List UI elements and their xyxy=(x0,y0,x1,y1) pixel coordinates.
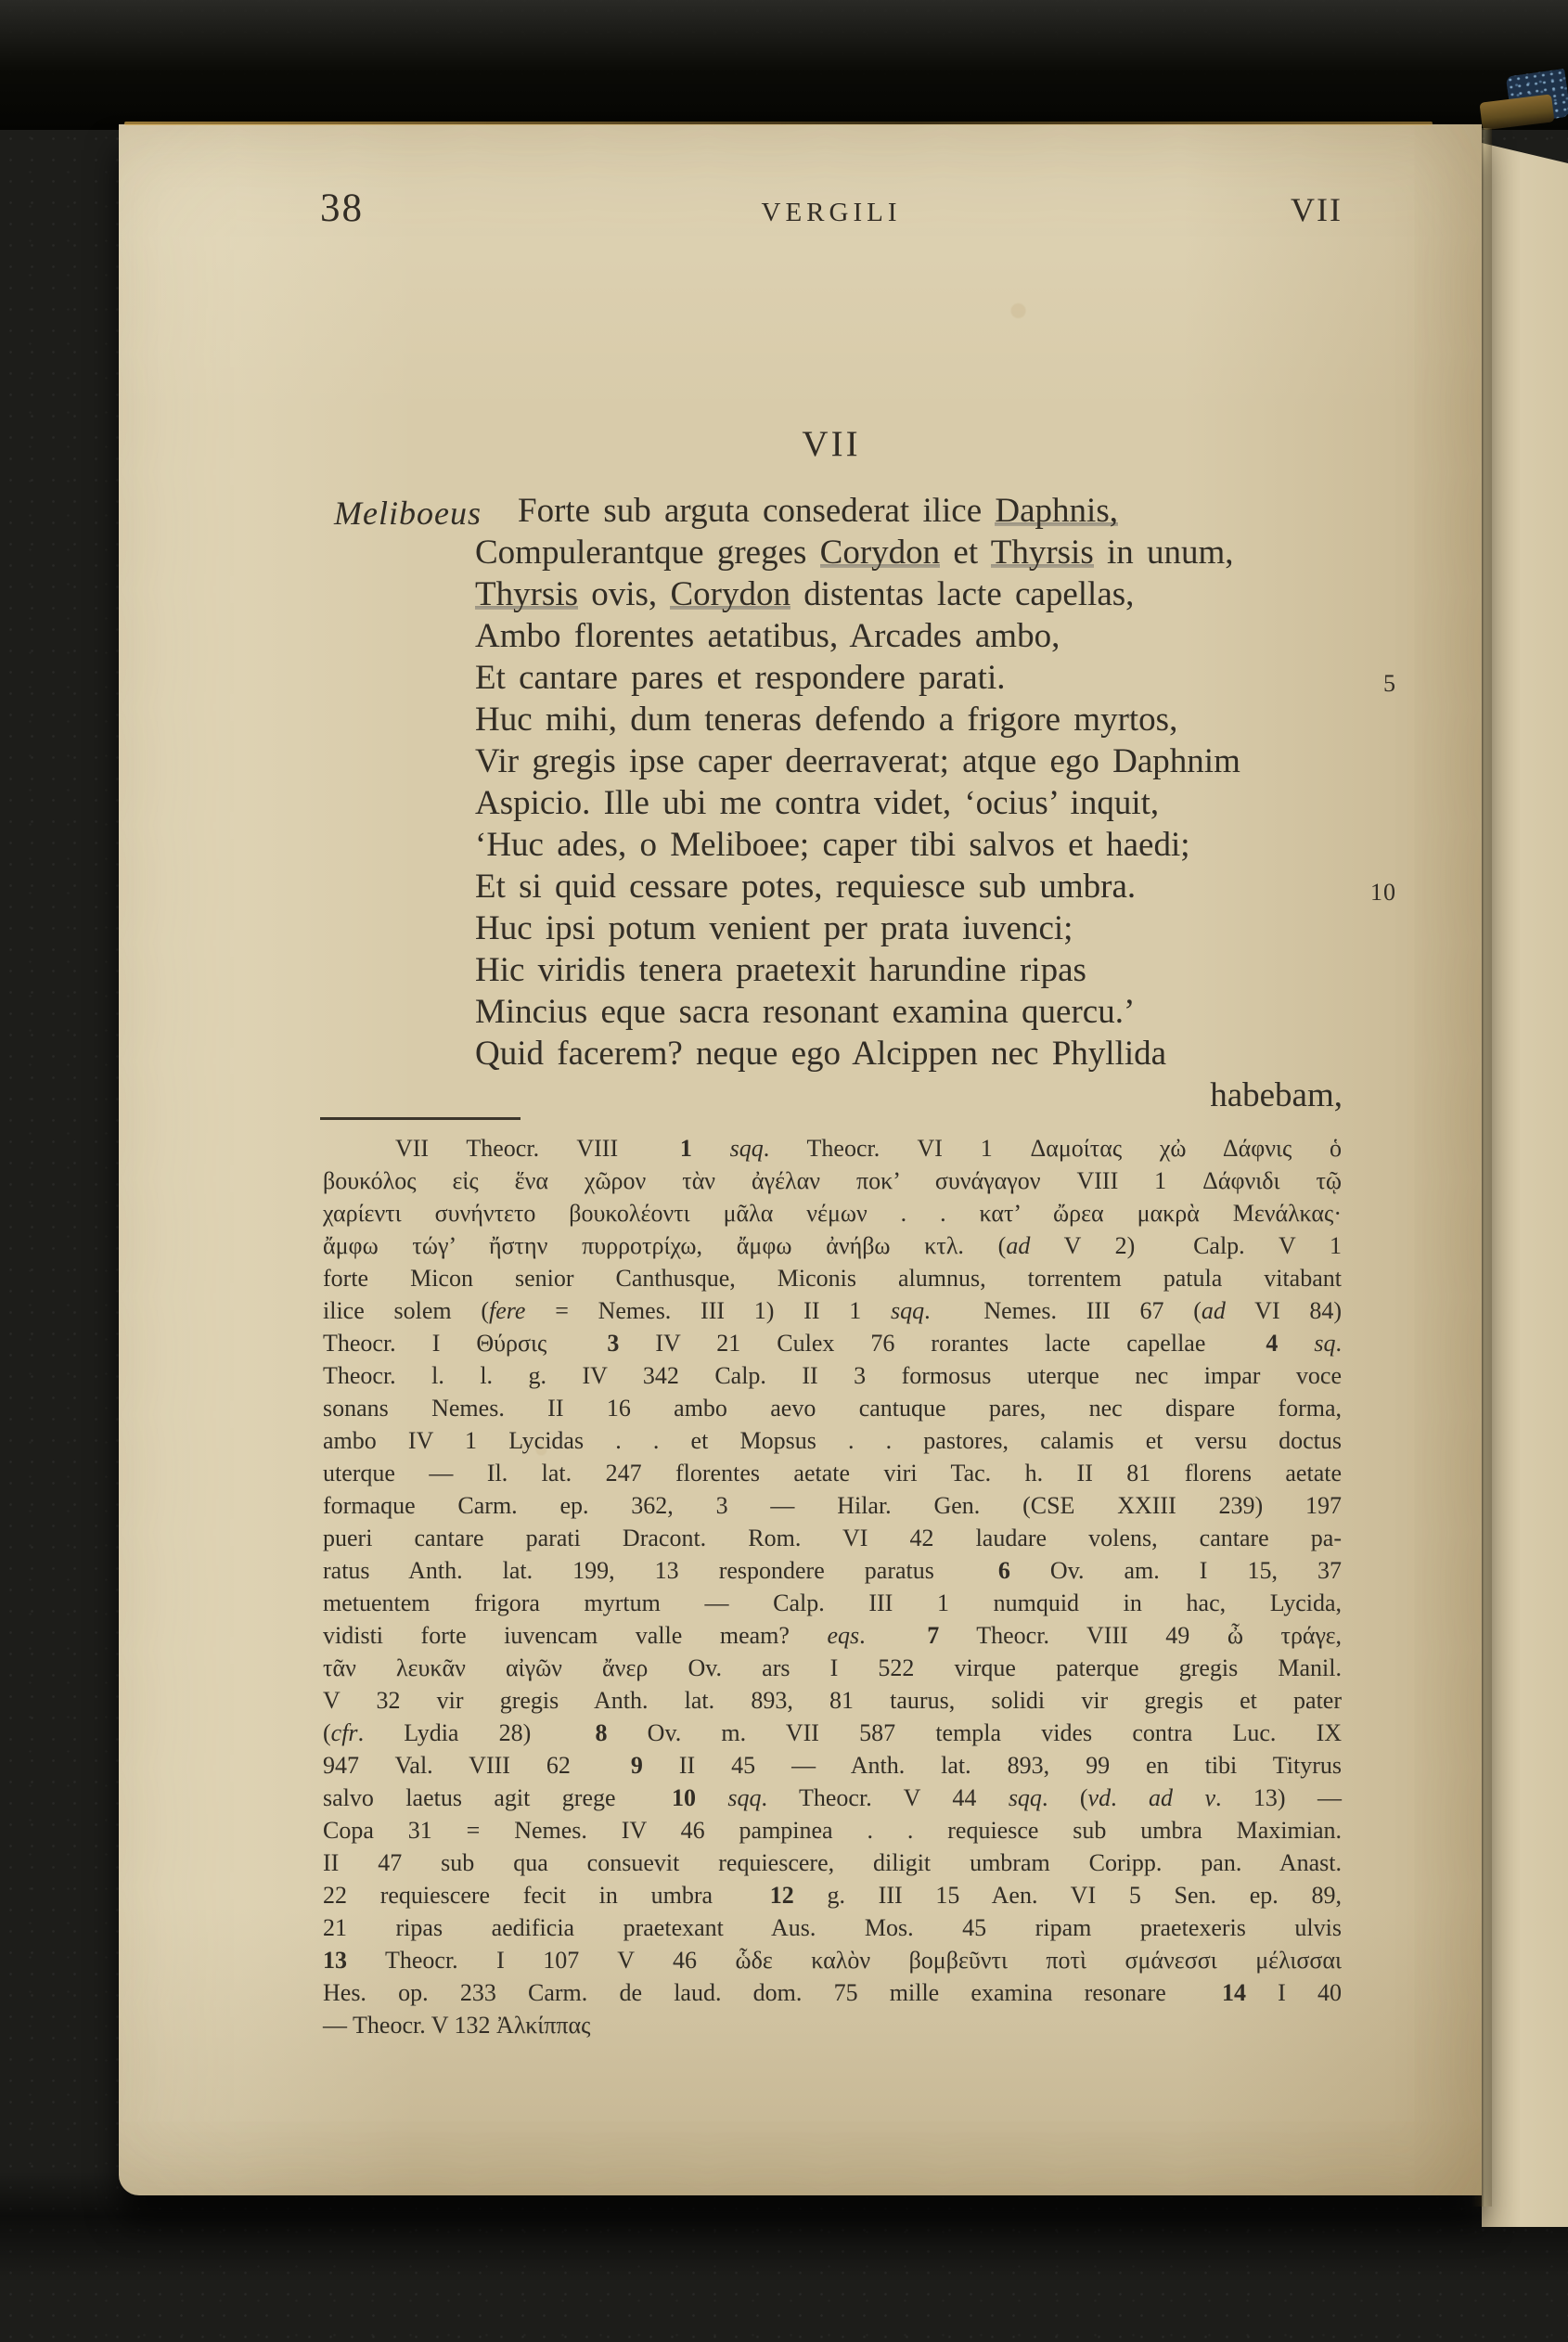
text-segment xyxy=(696,1784,727,1811)
apparatus-block: VII Theocr. VIII 1 sqq. Theocr. VI 1 Δαμ… xyxy=(323,1132,1342,2041)
text-segment: Et si quid cessare potes, requiesce sub … xyxy=(475,868,1136,906)
speaker-label: Meliboeus xyxy=(334,494,482,533)
apparatus-line: 21 ripas aedificia praetexant Aus. Mos. … xyxy=(323,1911,1342,1944)
lemma-number: 9 xyxy=(631,1752,643,1779)
text-segment: — Theocr. V 132 Ἀλκίππας xyxy=(323,2012,590,2039)
apparatus-line: βουκόλος εἰς ἕνα χῶρον τὰν ἀγέλαν ποκ’ σ… xyxy=(323,1165,1342,1197)
text-segment: Copa 31 = Nemes. IV 46 pampinea . . requ… xyxy=(323,1817,1342,1844)
apparatus-line: Theocr. I Θύρσις 3 IV 21 Culex 76 rorant… xyxy=(323,1327,1342,1359)
text-segment: ( xyxy=(323,1719,331,1746)
text-segment: . xyxy=(924,1297,931,1324)
verse-line: habebam, xyxy=(475,1074,1343,1116)
text-segment: forte Micon senior Canthusque, Miconis a… xyxy=(323,1265,1342,1292)
apparatus-line: ilice solem (fere = Nemes. III 1) II 1 s… xyxy=(323,1294,1342,1327)
text-segment xyxy=(692,1135,730,1162)
text-segment: IV 21 Culex 76 rorantes lacte capellae xyxy=(619,1330,1205,1357)
text-segment: Huc mihi, dum teneras defendo a frigore … xyxy=(475,701,1177,739)
apparatus-line: uterque — Il. lat. 247 florentes aetate … xyxy=(323,1457,1342,1489)
verse-line: Mincius eque sacra resonant examina quer… xyxy=(475,991,1343,1033)
text-segment: ovis, xyxy=(578,575,670,613)
verse-line-number: 10 xyxy=(1370,871,1396,913)
facing-page-edge xyxy=(1482,135,1568,2227)
text-segment: sqq xyxy=(727,1784,761,1811)
footnote-rule xyxy=(320,1117,521,1120)
text-segment xyxy=(1190,1979,1222,2006)
text-segment: eqs xyxy=(827,1622,859,1649)
verse-line: Forte sub arguta consederat ilice Daphni… xyxy=(475,490,1343,532)
apparatus-line: forte Micon senior Canthusque, Miconis a… xyxy=(323,1262,1342,1294)
text-segment: formaque Carm. ep. 362, 3 — Hilar. Gen. … xyxy=(323,1492,1342,1519)
text-segment: Compulerantque greges xyxy=(475,534,820,572)
apparatus-line: salvo laetus agit grege 10 sqq. Theocr. … xyxy=(323,1782,1342,1814)
verse-line: Ambo florentes aetatibus, Arcades ambo, xyxy=(475,615,1343,657)
text-segment: sqq xyxy=(1009,1784,1042,1811)
text-segment: in unum, xyxy=(1094,534,1234,572)
text-segment: 21 ripas aedificia praetexant Aus. Mos. … xyxy=(323,1914,1342,1941)
verse-line: Vir gregis ipse caper deerraverat; atque… xyxy=(475,740,1343,782)
text-segment: sq xyxy=(1314,1330,1335,1357)
text-segment: Huc ipsi potum venient per prata iuvenci… xyxy=(475,909,1073,947)
text-segment: . xyxy=(859,1622,866,1649)
apparatus-line: 947 Val. VIII 62 9 II 45 — Anth. lat. 89… xyxy=(323,1749,1342,1782)
lemma-number: 8 xyxy=(595,1719,607,1746)
apparatus-line: 13 Theocr. I 107 V 46 ὧδε καλὸν βομβεῦντ… xyxy=(323,1944,1342,1976)
lemma-number: 4 xyxy=(1266,1330,1278,1357)
text-segment: uterque — Il. lat. 247 florentes aetate … xyxy=(323,1460,1342,1486)
apparatus-line: τᾶν λευκᾶν αἰγῶν ἄνερ Ov. ars I 522 virq… xyxy=(323,1652,1342,1684)
text-segment: Quid facerem? neque ego Alcippen nec Phy… xyxy=(475,1035,1166,1073)
apparatus-line: Copa 31 = Nemes. IV 46 pampinea . . requ… xyxy=(323,1814,1342,1847)
text-segment: 947 Val. VIII 62 xyxy=(323,1752,571,1779)
apparatus-line: formaque Carm. ep. 362, 3 — Hilar. Gen. … xyxy=(323,1489,1342,1522)
apparatus-line: χαρίεντι συνήντετο βουκολέοντι μᾶλα νέμω… xyxy=(323,1197,1342,1229)
text-segment: . Theocr. VI 1 Δαμοίτας χὠ Δάφνις ὁ xyxy=(764,1135,1342,1162)
verse-line-number: 5 xyxy=(1383,663,1396,704)
verse-line: Hic viridis tenera praetexit harundine r… xyxy=(475,949,1343,991)
text-segment: Calp. V 1 xyxy=(1159,1232,1342,1259)
lemma-number: 14 xyxy=(1222,1979,1246,2006)
text-segment: vd xyxy=(1088,1784,1112,1811)
text-segment: Ambo florentes aetatibus, Arcades ambo, xyxy=(475,617,1060,655)
text-segment: sqq xyxy=(730,1135,764,1162)
text-segment: Vir gregis ipse caper deerraverat; atque… xyxy=(475,742,1240,780)
text-segment: Ov. am. I 15, 37 xyxy=(1010,1557,1342,1584)
verse-block: Forte sub arguta consederat ilice Daphni… xyxy=(475,490,1343,1116)
text-segment: sonans Nemes. II 16 ambo aevo cantuque p… xyxy=(323,1395,1342,1422)
text-segment xyxy=(958,1557,998,1584)
text-segment: pueri cantare parati Dracont. Rom. VI 42… xyxy=(323,1525,1342,1551)
apparatus-line: — Theocr. V 132 Ἀλκίππας xyxy=(323,2009,1342,2041)
text-segment: ad xyxy=(1202,1297,1226,1324)
text-segment: II 47 sub qua consuevit requiescere, dil… xyxy=(323,1849,1342,1876)
text-segment xyxy=(555,1719,595,1746)
text-segment: = Nemes. III 1) II 1 xyxy=(525,1297,891,1324)
text-segment: VI 84) xyxy=(1226,1297,1342,1324)
text-segment: τᾶν λευκᾶν αἰγῶν ἄνερ Ov. ars I 522 virq… xyxy=(323,1654,1342,1681)
apparatus-line: ἄμφω τώγ’ ἤστην πυρροτρίχω, ἄμφω ἀνήβω κ… xyxy=(323,1229,1342,1262)
lemma-number: 1 xyxy=(680,1135,692,1162)
text-segment: VII Theocr. VIII xyxy=(395,1135,618,1162)
text-segment: 22 requiescere fecit in umbra xyxy=(323,1882,713,1909)
text-segment: ambo IV 1 Lycidas . . et Mopsus . . past… xyxy=(323,1427,1342,1454)
apparatus-line: sonans Nemes. II 16 ambo aevo cantuque p… xyxy=(323,1392,1342,1424)
text-segment: Forte sub arguta consederat ilice xyxy=(518,492,995,530)
verse-line: ‘Huc ades, o Meliboee; caper tibi salvos… xyxy=(475,824,1343,866)
running-title: VERGILI xyxy=(661,198,1001,228)
text-segment xyxy=(595,1752,631,1779)
apparatus-line: Hes. op. 233 Carm. de laud. dom. 75 mill… xyxy=(323,1976,1342,2009)
text-segment: . xyxy=(1111,1784,1149,1811)
verse-line: Aspicio. Ille ubi me contra videt, ‘ociu… xyxy=(475,782,1343,824)
text-segment: II 45 — Anth. lat. 893, 99 en tibi Tityr… xyxy=(643,1752,1342,1779)
text-segment: V 2) xyxy=(1030,1232,1135,1259)
text-segment: Theocr. I Θύρσις xyxy=(323,1330,546,1357)
text-segment: Theocr. l. l. g. IV 342 Calp. II 3 formo… xyxy=(323,1362,1342,1389)
text-segment: distentas lacte capellas, xyxy=(790,575,1134,613)
text-segment: g. III 15 Aen. VI 5 Sen. ep. 89, xyxy=(794,1882,1342,1909)
text-segment: Aspicio. Ille ubi me contra videt, ‘ociu… xyxy=(475,784,1159,822)
text-segment: Hic viridis tenera praetexit harundine r… xyxy=(475,951,1086,989)
text-segment: ἄμφω τώγ’ ἤστην πυρροτρίχω, ἄμφω ἀνήβω κ… xyxy=(323,1232,1006,1259)
lemma-number: 6 xyxy=(998,1557,1010,1584)
apparatus-line: (cfr. Lydia 28) 8 Ov. m. VII 587 templa … xyxy=(323,1717,1342,1749)
text-segment: et xyxy=(940,534,991,572)
text-segment: fere xyxy=(489,1297,525,1324)
pencil-underlined-word: Corydon xyxy=(670,575,790,614)
text-segment: ad xyxy=(1006,1232,1030,1259)
pencil-underlined-word: Thyrsis xyxy=(475,575,578,614)
pencil-underlined-word: Corydon xyxy=(820,534,941,573)
text-segment: V 32 vir gregis Anth. lat. 893, 81 tauru… xyxy=(323,1687,1342,1714)
lemma-number: 3 xyxy=(607,1330,619,1357)
apparatus-line: VII Theocr. VIII 1 sqq. Theocr. VI 1 Δαμ… xyxy=(323,1132,1342,1165)
text-segment: Nemes. III 67 ( xyxy=(955,1297,1202,1324)
lemma-number: 10 xyxy=(672,1784,696,1811)
text-segment: habebam, xyxy=(1210,1076,1343,1114)
verse-line: Quid facerem? neque ego Alcippen nec Phy… xyxy=(475,1033,1343,1074)
text-segment: cfr xyxy=(331,1719,358,1746)
text-segment xyxy=(571,1330,607,1357)
text-segment: Hes. op. 233 Carm. de laud. dom. 75 mill… xyxy=(323,1979,1166,2006)
apparatus-line: metuentem frigora myrtum — Calp. III 1 n… xyxy=(323,1587,1342,1619)
text-segment xyxy=(1278,1330,1314,1357)
verse-line: Compulerantque greges Corydon et Thyrsis… xyxy=(475,532,1343,573)
pencil-underlined-word: Thyrsis xyxy=(991,534,1094,573)
verse-line: Huc mihi, dum teneras defendo a frigore … xyxy=(475,699,1343,740)
text-segment: I 40 xyxy=(1246,1979,1342,2006)
text-segment: βουκόλος εἰς ἕνα χῶρον τὰν ἀγέλαν ποκ’ σ… xyxy=(323,1167,1342,1194)
apparatus-line: ambo IV 1 Lycidas . . et Mopsus . . past… xyxy=(323,1424,1342,1457)
text-segment: χαρίεντι συνήντετο βουκολέοντι μᾶλα νέμω… xyxy=(323,1200,1342,1227)
text-segment: . xyxy=(1336,1330,1343,1357)
text-segment: Et cantare pares et respondere parati. xyxy=(475,659,1005,697)
apparatus-line: vidisti forte iuvencam valle meam? eqs. … xyxy=(323,1619,1342,1652)
apparatus-line: II 47 sub qua consuevit requiescere, dil… xyxy=(323,1847,1342,1879)
book-photo: { "colors":{"page_paper":"#d8cbaa","ink"… xyxy=(0,0,1568,2342)
text-segment: vidisti forte iuvencam valle meam? xyxy=(323,1622,827,1649)
text-segment: ad v xyxy=(1149,1784,1215,1811)
text-segment xyxy=(1229,1330,1266,1357)
top-shadow-band xyxy=(0,0,1568,130)
apparatus-line: pueri cantare parati Dracont. Rom. VI 42… xyxy=(323,1522,1342,1554)
text-segment xyxy=(640,1784,672,1811)
text-segment: . Lydia 28) xyxy=(358,1719,532,1746)
poem-title: VII xyxy=(320,423,1343,465)
apparatus-line: Theocr. l. l. g. IV 342 Calp. II 3 formo… xyxy=(323,1359,1342,1392)
text-segment: ratus Anth. lat. 199, 13 respondere para… xyxy=(323,1557,934,1584)
text-segment: ilice solem ( xyxy=(323,1297,489,1324)
lemma-number: 12 xyxy=(770,1882,794,1909)
lemma-number: 7 xyxy=(927,1622,939,1649)
text-segment xyxy=(642,1135,680,1162)
text-segment: . 13) — xyxy=(1215,1784,1342,1811)
text-segment: Theocr. I 107 V 46 ὧδε καλὸν βομβεῦντι π… xyxy=(347,1947,1342,1974)
apparatus-line: ratus Anth. lat. 199, 13 respondere para… xyxy=(323,1554,1342,1587)
text-segment: Theocr. VIII 49 ὦ τράγε, xyxy=(939,1622,1342,1649)
verse-line: Thyrsis ovis, Corydon distentas lacte ca… xyxy=(475,573,1343,615)
text-segment xyxy=(890,1622,928,1649)
text-segment: . Theocr. V 44 xyxy=(762,1784,1009,1811)
apparatus-line: 22 requiescere fecit in umbra 12 g. III … xyxy=(323,1879,1342,1911)
page-number: 38 xyxy=(320,186,661,231)
verse-line: Huc ipsi potum venient per prata iuvenci… xyxy=(475,907,1343,949)
text-segment: sqq xyxy=(891,1297,924,1324)
text-segment: metuentem frigora myrtum — Calp. III 1 n… xyxy=(323,1589,1342,1616)
text-segment: . ( xyxy=(1042,1784,1088,1811)
text-segment: salvo laetus agit grege xyxy=(323,1784,616,1811)
pencil-underlined-word: Daphnis, xyxy=(995,492,1118,531)
text-segment xyxy=(737,1882,770,1909)
book-page: 38 VERGILI VII VII Meliboeus Forte sub a… xyxy=(119,124,1482,2195)
apparatus-line: V 32 vir gregis Anth. lat. 893, 81 tauru… xyxy=(323,1684,1342,1717)
lemma-number: 13 xyxy=(323,1947,347,1974)
text-segment: Mincius eque sacra resonant examina quer… xyxy=(475,993,1135,1031)
text-segment: ‘Huc ades, o Meliboee; caper tibi salvos… xyxy=(475,826,1190,864)
text-segment: Ov. m. VII 587 templa vides contra Luc. … xyxy=(607,1719,1342,1746)
running-head-section: VII xyxy=(1002,190,1343,229)
verse-line: Et si quid cessare potes, requiesce sub … xyxy=(475,866,1343,907)
verse-line: Et cantare pares et respondere parati.5 xyxy=(475,657,1343,699)
running-head: 38 VERGILI VII xyxy=(320,186,1343,231)
